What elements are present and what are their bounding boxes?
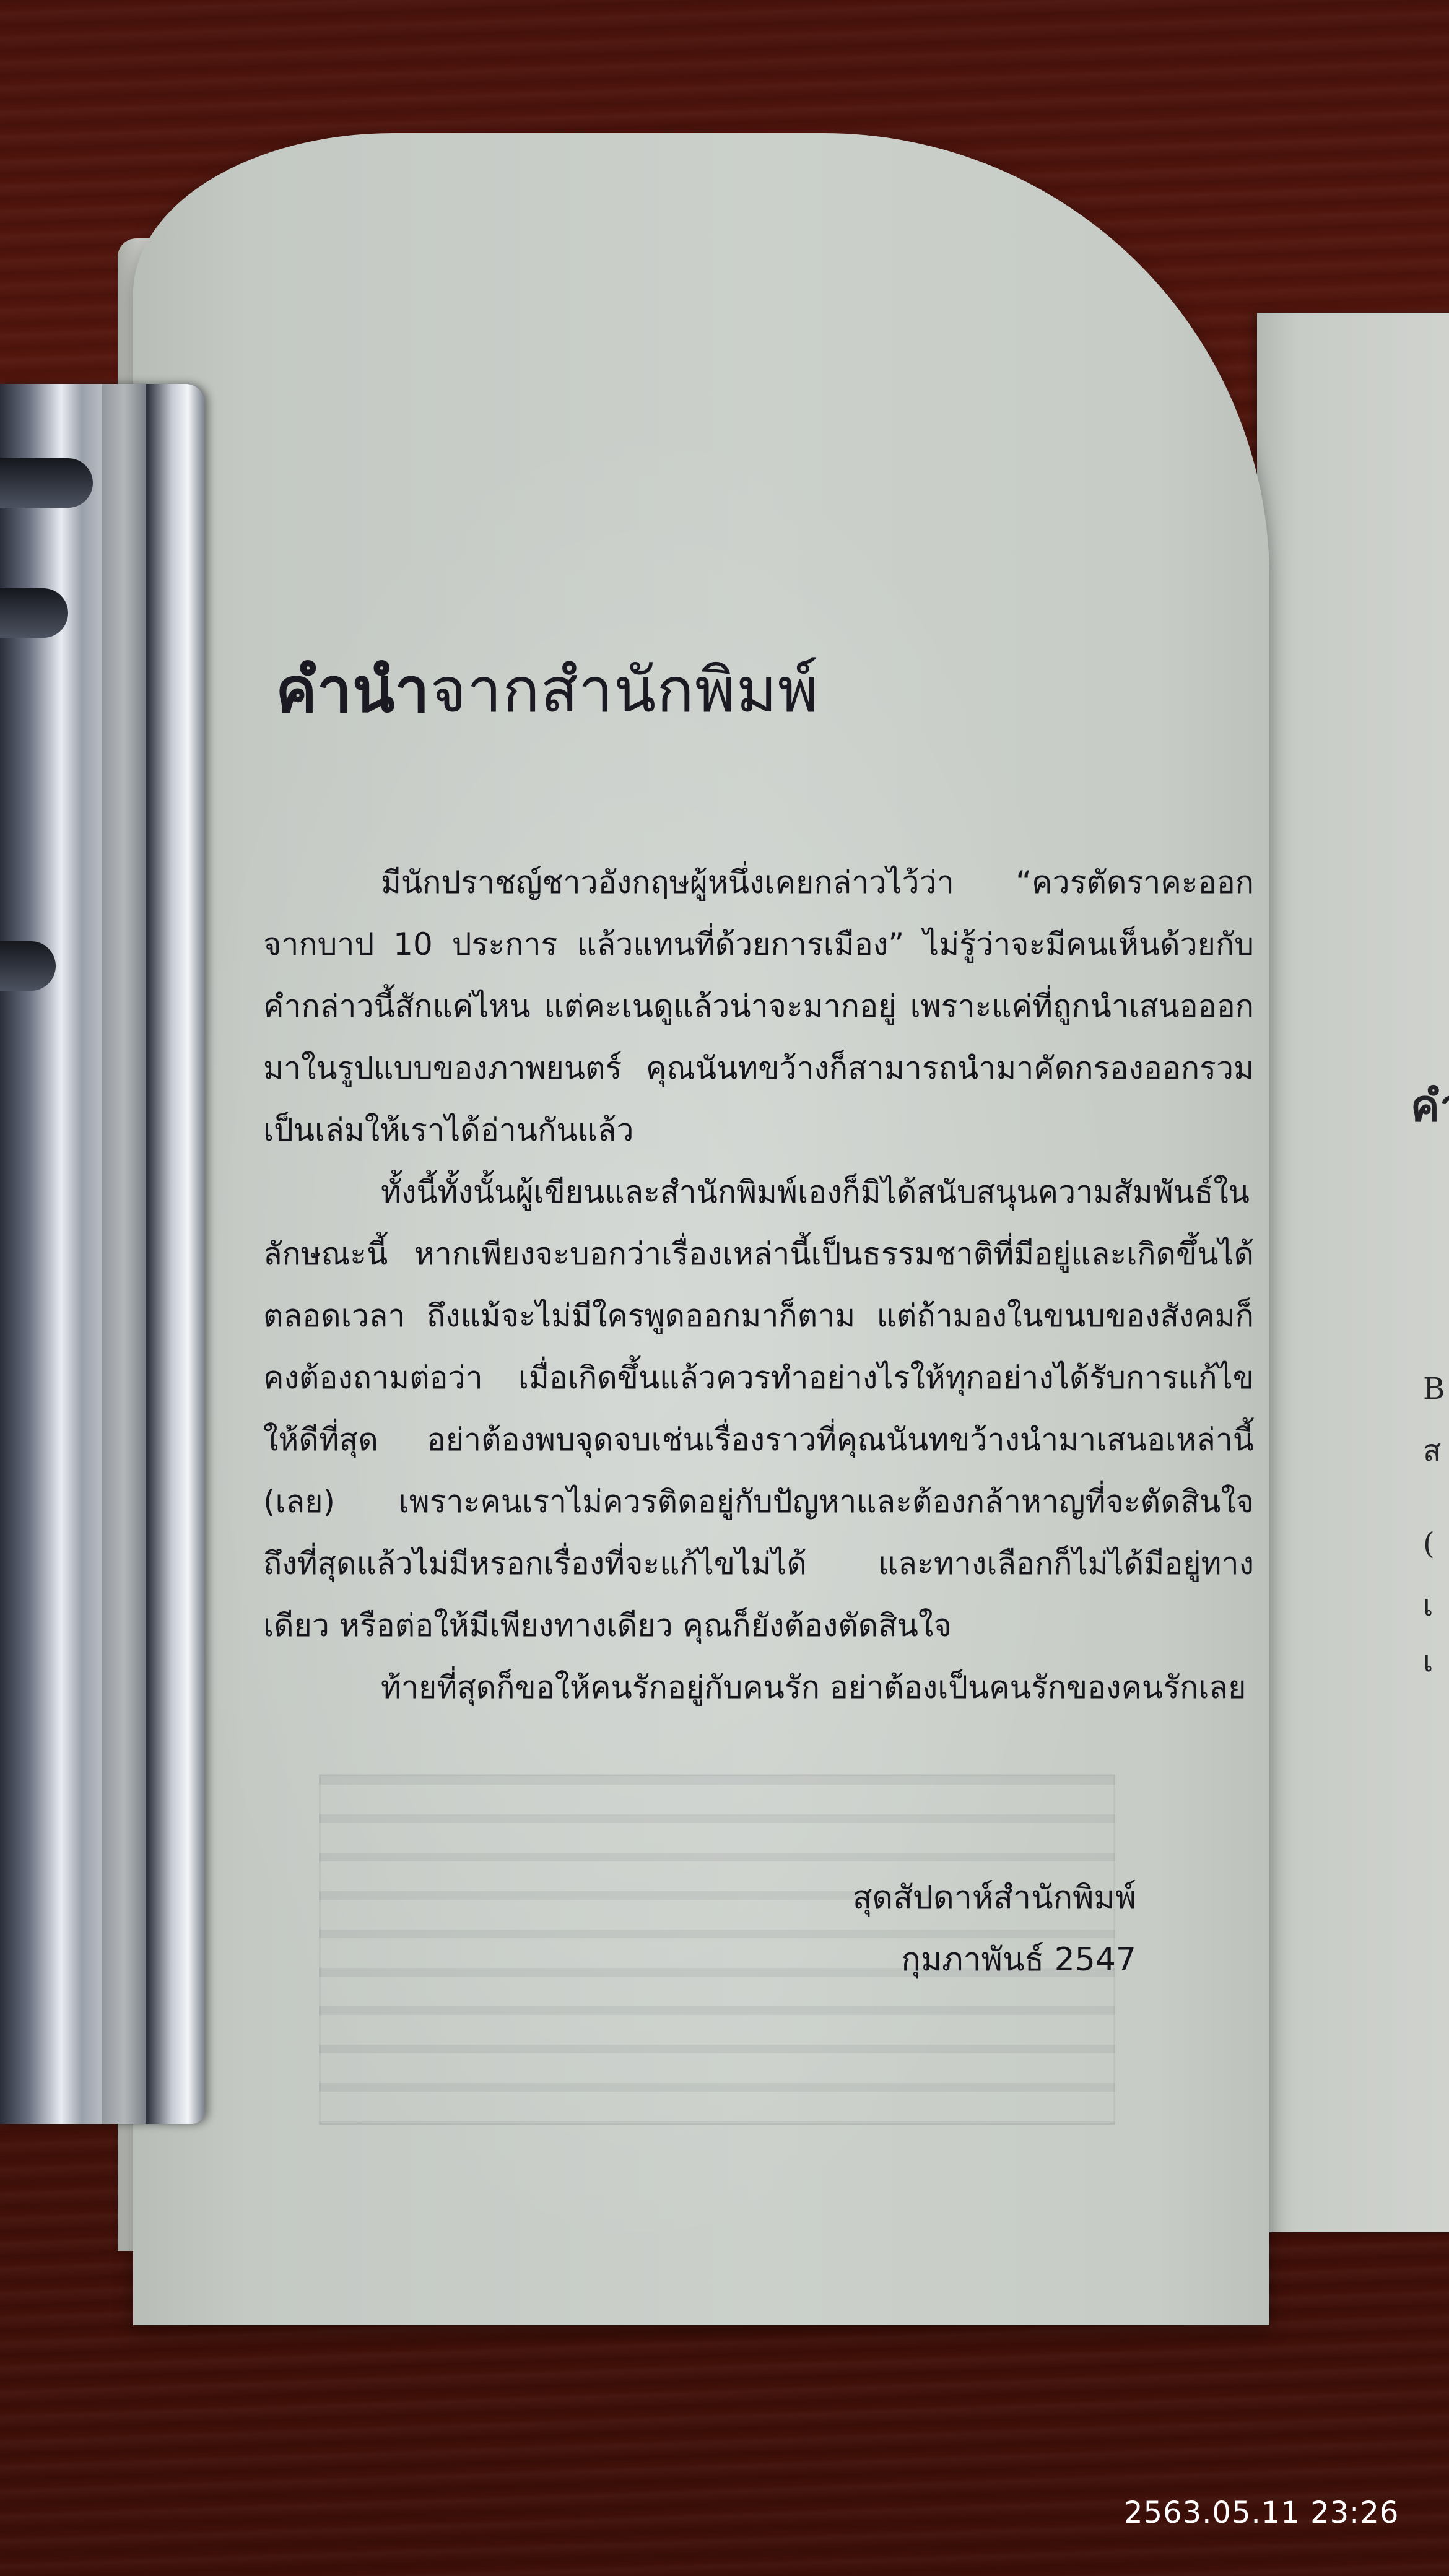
- publisher-name: สุดสัปดาห์สำนักพิมพ์: [853, 1867, 1136, 1929]
- signature-date: กุมภาพันธ์ 2547: [853, 1929, 1136, 1991]
- binder-clip-rail: [102, 384, 146, 2124]
- facing-page-line-fragment: B: [1423, 1372, 1445, 1406]
- page-title: คำนำจากสำนักพิมพ์: [276, 641, 819, 739]
- paragraph: มีนักปราชญ์ชาวอังกฤษผู้หนึ่งเคยกล่าวไว้ว…: [263, 851, 1254, 1161]
- facing-page: คำ B ส ( เ เ: [1257, 313, 1449, 2232]
- binder-clip-slot: [0, 941, 56, 991]
- facing-page-line-fragment: เ: [1423, 1638, 1433, 1685]
- paragraph: ท้ายที่สุดก็ขอให้คนรักอยู่กับคนรัก อย่าต…: [263, 1656, 1254, 1718]
- signature-block: สุดสัปดาห์สำนักพิมพ์ กุมภาพันธ์ 2547: [853, 1867, 1136, 1991]
- paragraph: ทั้งนี้ทั้งนั้นผู้เขียนและสำนักพิมพ์เองก…: [263, 1161, 1254, 1656]
- photo-timestamp: 2563.05.11 23:26: [1124, 2495, 1399, 2530]
- binder-clip-slot: [0, 458, 93, 508]
- facing-page-line-fragment: เ: [1423, 1582, 1433, 1629]
- book-page: คำนำจากสำนักพิมพ์ มีนักปราชญ์ชาวอังกฤษผู…: [133, 133, 1269, 2325]
- facing-page-line-fragment: ส: [1423, 1427, 1441, 1474]
- binder-clip: [0, 384, 204, 2124]
- page-title-bold: คำนำ: [276, 654, 430, 726]
- facing-page-line-fragment: (: [1423, 1526, 1435, 1561]
- foreword-body: มีนักปราชญ์ชาวอังกฤษผู้หนึ่งเคยกล่าวไว้ว…: [263, 851, 1254, 1718]
- facing-page-title-fragment: คำ: [1411, 1071, 1449, 1140]
- binder-clip-slot: [0, 588, 68, 638]
- page-title-rest: จากสำนักพิมพ์: [430, 654, 819, 726]
